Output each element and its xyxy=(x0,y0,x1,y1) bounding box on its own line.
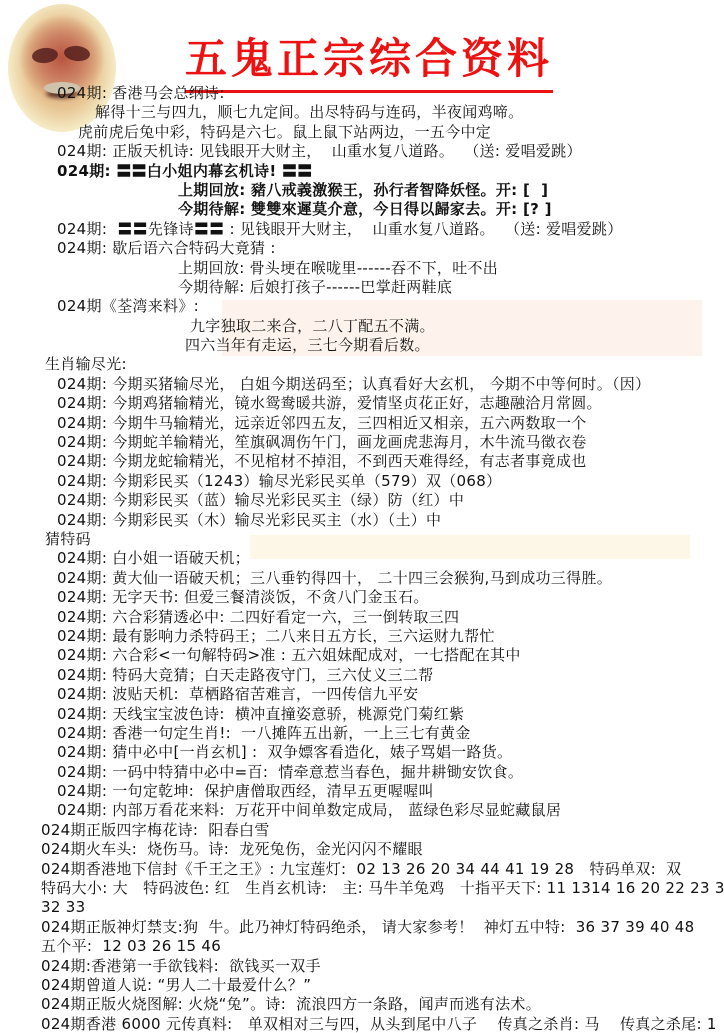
sunglasses-right-lens-icon xyxy=(63,45,90,63)
text-line: 四六当年有走运，三七今期看后数。 xyxy=(185,336,724,355)
text-line: 024期: 今期彩民买（1243）输尽光彩民买单（579）双（068） xyxy=(57,472,724,491)
page-title: 五鬼正宗综合资料 xyxy=(185,26,553,93)
text-line: 今期待解: 雙雙來遲莫介意，今日得以歸家去。开: [? ] xyxy=(178,200,724,219)
text-line: 024期: 歇后语六合特码大竟猜 : xyxy=(57,239,724,258)
text-line: 024期: 〓〓白小姐内幕玄机诗! 〓〓 xyxy=(57,162,724,181)
text-line: 024期《荃湾来料》: xyxy=(57,297,724,316)
text-line: 024期正版神灯禁支:狗 牛。此乃神灯特码绝杀， 请大家参考！ 神灯五中特: 3… xyxy=(41,918,724,937)
text-line: 024期: 今期牛马输精光，远亲近邻四五友，三四相近又相亲，五六两数取一个 xyxy=(57,414,724,433)
text-line: 024期曾道人说: “男人二十最爱什么？” xyxy=(41,976,724,995)
text-line: 024期: 正版天机诗: 见钱眼开大财主， 山重水复八道路。 （送: 爱唱爱跳） xyxy=(57,142,724,161)
text-line: 024期: 今期蛇羊输精光，笙旗砜凋伤午门，画龙画虎悲海月，木牛流马徵衣卷 xyxy=(57,433,724,452)
text-line: 今期待解: 后娘打孩子------巴掌赶两鞋底 xyxy=(178,278,724,297)
text-line: 024期: 六合彩猜透必中: 二四好看定一六，三一倒转取三四 xyxy=(57,608,724,627)
text-line: 024期: 香港一句定生肖!: 一八摊阵五出新，一上三七有黄金 xyxy=(57,724,724,743)
text-line: 024期: 香港马会总纲诗: xyxy=(57,84,724,103)
text-line: 虎前虎后兔中彩，特码是六七。鼠上鼠下站两边，一五今中定 xyxy=(78,123,724,142)
text-line: 特码大小: 大 特码波色: 红 生肖玄机诗: 主: 马牛羊兔鸡 十指平天下: 1… xyxy=(41,879,724,898)
text-line: 024期: 今期鸡猪输精光，镜水鸳鸯暖共游，爱情坚贞花正好，志趣融洽月常圆。 xyxy=(57,394,724,413)
text-line: 024期: 今期龙蛇输精光，不见棺材不掉泪，不到西天难得经，有志者事竟成也 xyxy=(57,452,724,471)
text-line: 024期: 黄大仙一语破天机；三八垂钓得四十， 二十四三会猴狗,马到成功三得胜。 xyxy=(57,569,724,588)
text-line: 024期火车头: 烧伤马。诗: 龙死兔伤，金光闪闪不耀眼 xyxy=(41,840,724,859)
text-line: 024期:香港第一手欲钱料: 欲钱买一双手 xyxy=(41,957,724,976)
text-line: 024期: 白小姐一语破天机； xyxy=(57,549,724,568)
text-line: 024期: 内部万看花来料: 万花开中间单数定成局， 蓝绿色彩尽显蛇藏鼠居 xyxy=(57,801,724,820)
text-line: 上期回放: 骨头埂在喉咙里------吞不下，吐不出 xyxy=(178,259,724,278)
text-line: 024期: 特码大竞猜；白天走路夜守门，三六仗义三二帮 xyxy=(57,666,724,685)
sunglasses-left-lens-icon xyxy=(31,47,58,65)
section-label: 生肖输尽光: xyxy=(45,355,724,374)
text-line: 024期: 波贴天机: 草栖路宿苦难言，一四传信九平安 xyxy=(57,685,724,704)
tip-sheet-body: 024期: 香港马会总纲诗: 解得十三与四九，顺七九定间。出尽特码与连码，半夜闻… xyxy=(0,84,724,1033)
text-line: 024期: 天线宝宝波色诗: 横冲直撞姿意骄，桃源党门菊红紫 xyxy=(57,705,724,724)
text-line: 024期: 今期买猪输尽光， 白姐今期送码至；认真看好大玄机， 今期不中等何时。… xyxy=(57,375,724,394)
text-line: 024期香港地下信封《千王之王》: 九宝莲灯: 02 13 26 20 34 4… xyxy=(41,860,724,879)
section-label: 猜特码 xyxy=(45,530,724,549)
text-line: 024期: 〓〓先锋诗〓〓 : 见钱眼开大财主， 山重水复八道路。 （送: 爱唱… xyxy=(57,220,724,239)
text-line: 024期香港 6000 元传真料: 单双相对三与四，从头到尾中八子 传真之杀肖:… xyxy=(41,1015,724,1033)
text-line: 024期: 无字天书: 但爱三餐清淡饭，不贪八门金玉石。 xyxy=(57,588,724,607)
text-line: 上期回放: 豬八戒義激猴王，孙行者智降妖怪。开: [ ] xyxy=(178,181,724,200)
text-line: 32 33 xyxy=(41,898,724,917)
text-line: 解得十三与四九，顺七九定间。出尽特码与连码，半夜闻鸡啼。 xyxy=(95,103,724,122)
text-line: 九字独取二来合，二八丁配五不满。 xyxy=(190,317,724,336)
text-line: 024期: 六合彩<一句解特码>准 : 五六姐妹配成对，一七搭配在其中 xyxy=(57,646,724,665)
text-line: 024期: 一句定乾坤: 保护唐僧取西经，清早五更喔喔叫 xyxy=(57,782,724,801)
text-line: 024期: 今期彩民买（木）输尽光彩民买主（水）（土）中 xyxy=(57,511,724,530)
text-line: 024期正版火烧图解: 火烧“兔”。诗: 流浪四方一条路，闻声而逃有法术。 xyxy=(41,995,724,1014)
text-line: 024期: 一码中特猜中必中=百: 情牵意惹当春色，掘井耕锄安饮食。 xyxy=(57,763,724,782)
text-line: 024期: 今期彩民买（蓝）输尽光彩民买主（绿）防（红）中 xyxy=(57,491,724,510)
text-line: 024期正版四字梅花诗: 阳春白雪 xyxy=(41,821,724,840)
text-line: 024期: 猜中必中[一肖玄机] : 双争嫖客看造化，婊子骂娼一路货。 xyxy=(57,743,724,762)
text-line: 五个平: 12 03 26 15 46 xyxy=(41,937,724,956)
text-line: 024期: 最有影响力杀特码王；二八来日五方长，三六运财九帮忙 xyxy=(57,627,724,646)
